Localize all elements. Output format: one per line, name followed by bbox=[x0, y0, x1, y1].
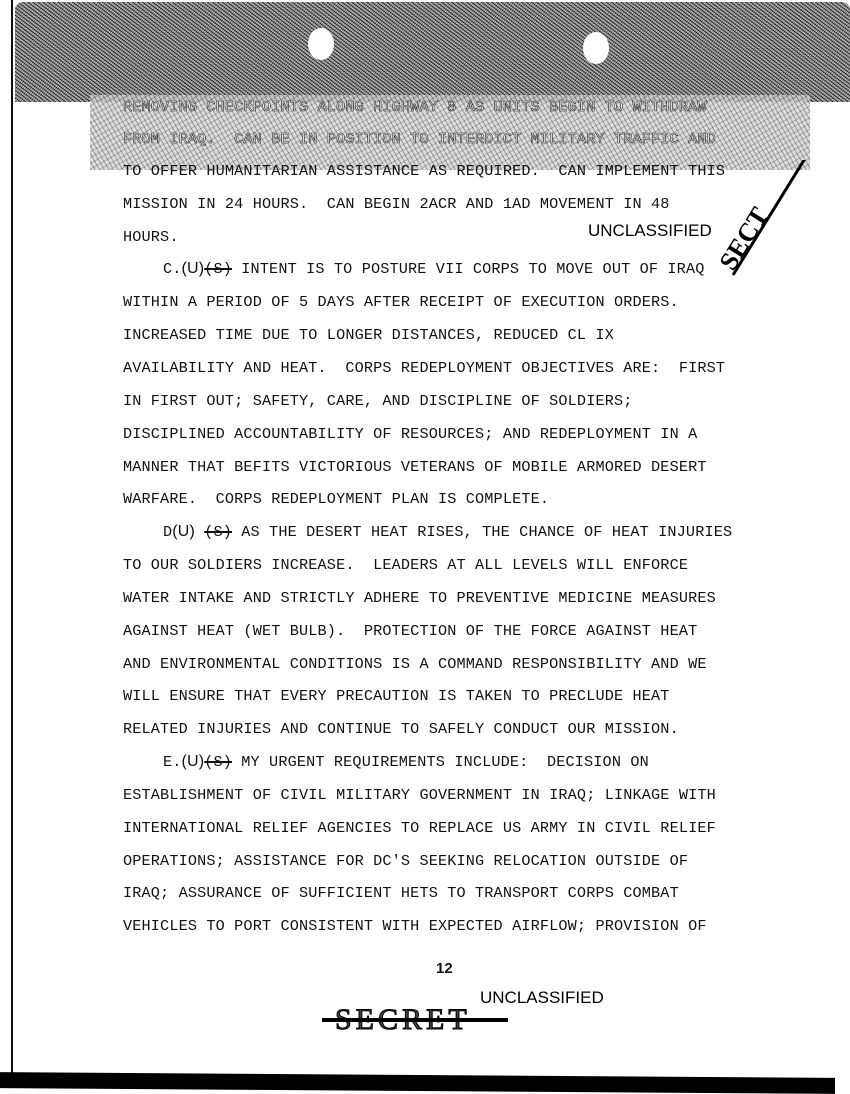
text-line: MANNER THAT BEFITS VICTORIOUS VETERANS O… bbox=[123, 458, 707, 476]
text-line: FROM IRAQ. CAN BE IN POSITION TO INTERDI… bbox=[123, 130, 716, 148]
secret-strikethrough bbox=[322, 1018, 508, 1022]
text-line: WARFARE. CORPS REDEPLOYMENT PLAN IS COMP… bbox=[123, 490, 549, 508]
paragraph-e-first-line: E.(U)(S) MY URGENT REQUIREMENTS INCLUDE:… bbox=[163, 753, 649, 771]
para-label: E. bbox=[163, 753, 182, 771]
secret-diagonal-stamp-icon: SECT bbox=[715, 160, 825, 280]
struck-classification: (S) bbox=[204, 260, 232, 278]
text-line: VEHICLES TO PORT CONSISTENT WITH EXPECTE… bbox=[123, 917, 707, 935]
text-line: REMOVING CHECKPOINTS ALONG HIGHWAY 8 AS … bbox=[123, 98, 707, 116]
page-number: 12 bbox=[436, 960, 453, 977]
svg-text:SECT: SECT bbox=[715, 202, 774, 275]
para-text: MY URGENT REQUIREMENTS INCLUDE: DECISION… bbox=[232, 753, 649, 771]
scan-bottom-edge bbox=[0, 1072, 835, 1094]
text-line: AND ENVIRONMENTAL CONDITIONS IS A COMMAN… bbox=[123, 655, 707, 673]
paragraph-c-first-line: C.(U)(S) INTENT IS TO POSTURE VII CORPS … bbox=[163, 260, 704, 278]
text-line: WATER INTAKE AND STRICTLY ADHERE TO PREV… bbox=[123, 589, 716, 607]
struck-classification: (S) bbox=[204, 753, 232, 771]
text-line: RELATED INJURIES AND CONTINUE TO SAFELY … bbox=[123, 720, 679, 738]
text-line: IRAQ; ASSURANCE OF SUFFICIENT HETS TO TR… bbox=[123, 884, 679, 902]
unclassified-stamp-bottom: UNCLASSIFIED bbox=[480, 988, 604, 1008]
punch-hole-icon bbox=[583, 32, 609, 64]
text-line: AGAINST HEAT (WET BULB). PROTECTION OF T… bbox=[123, 622, 697, 640]
classification-mark: (U) bbox=[182, 753, 205, 770]
text-line: WILL ENSURE THAT EVERY PRECAUTION IS TAK… bbox=[123, 687, 670, 705]
para-label: C. bbox=[163, 260, 182, 278]
unclassified-stamp: UNCLASSIFIED bbox=[588, 221, 712, 241]
text-line: IN FIRST OUT; SAFETY, CARE, AND DISCIPLI… bbox=[123, 392, 633, 410]
para-text: AS THE DESERT HEAT RISES, THE CHANCE OF … bbox=[232, 523, 732, 541]
punch-hole-icon bbox=[308, 28, 334, 60]
classification-mark: (U) bbox=[182, 260, 205, 277]
text-line: ESTABLISHMENT OF CIVIL MILITARY GOVERNME… bbox=[123, 786, 716, 804]
text-line: AVAILABILITY AND HEAT. CORPS REDEPLOYMEN… bbox=[123, 359, 725, 377]
text-line: TO OUR SOLDIERS INCREASE. LEADERS AT ALL… bbox=[123, 556, 688, 574]
text-line: INCREASED TIME DUE TO LONGER DISTANCES, … bbox=[123, 326, 614, 344]
para-label: D bbox=[163, 523, 172, 541]
paragraph-d-first-line: D(U) (S) AS THE DESERT HEAT RISES, THE C… bbox=[163, 523, 732, 541]
page-left-edge bbox=[0, 0, 13, 1077]
text-line: INTERNATIONAL RELIEF AGENCIES TO REPLACE… bbox=[123, 819, 716, 837]
text-line: MISSION IN 24 HOURS. CAN BEGIN 2ACR AND … bbox=[123, 195, 670, 213]
text-line: TO OFFER HUMANITARIAN ASSISTANCE AS REQU… bbox=[123, 162, 725, 180]
scan-noise-band bbox=[15, 2, 850, 102]
text-line: DISCIPLINED ACCOUNTABILITY OF RESOURCES;… bbox=[123, 425, 697, 443]
text-line: HOURS. bbox=[123, 228, 179, 246]
struck-classification: (S) bbox=[204, 523, 232, 541]
document-page: REMOVING CHECKPOINTS ALONG HIGHWAY 8 AS … bbox=[0, 0, 850, 1094]
text-line: OPERATIONS; ASSISTANCE FOR DC'S SEEKING … bbox=[123, 852, 688, 870]
classification-mark: (U) bbox=[172, 523, 195, 540]
para-text: INTENT IS TO POSTURE VII CORPS TO MOVE O… bbox=[232, 260, 704, 278]
text-line: WITHIN A PERIOD OF 5 DAYS AFTER RECEIPT … bbox=[123, 293, 679, 311]
